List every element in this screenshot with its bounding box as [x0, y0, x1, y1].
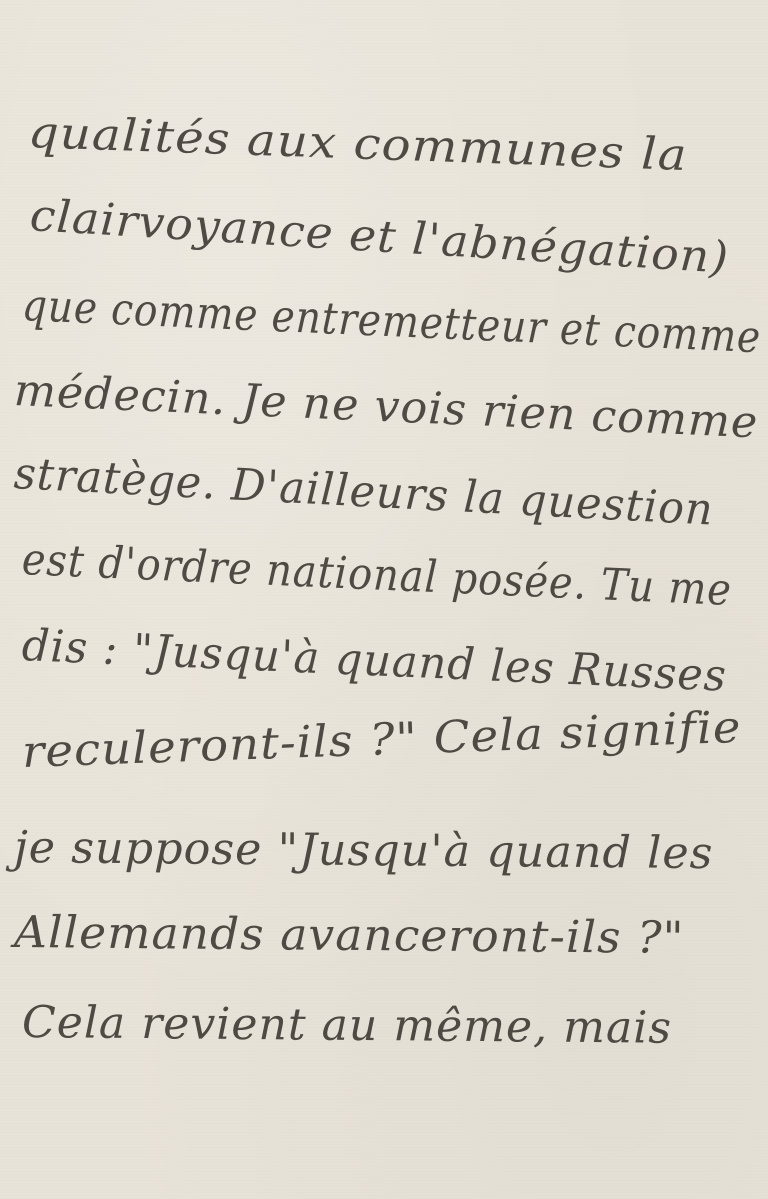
handwritten-line: dis : "Jusqu'à quand les Russes	[21, 620, 728, 702]
handwritten-line: reculeront-ils ?" Cela signifie	[21, 702, 742, 778]
handwritten-line: Allemands avanceront-ils ?"	[14, 907, 685, 964]
handwritten-line: médecin. Je ne vois rien comme	[13, 365, 760, 448]
letter-page: qualités aux communes la clairvoyance et…	[0, 0, 768, 1199]
handwritten-line: stratège. D'ailleurs la question	[13, 448, 715, 536]
handwritten-line: clairvoyance et l'abnégation)	[28, 190, 730, 284]
handwritten-line: que comme entremetteur et comme	[21, 280, 762, 363]
handwritten-line: qualités aux communes la	[27, 107, 688, 181]
handwritten-line: Cela revient au même, mais	[22, 997, 672, 1054]
handwritten-line: je suppose "Jusqu'à quand les	[14, 822, 714, 879]
handwritten-line: est d'ordre national posée. Tu me	[21, 534, 733, 616]
